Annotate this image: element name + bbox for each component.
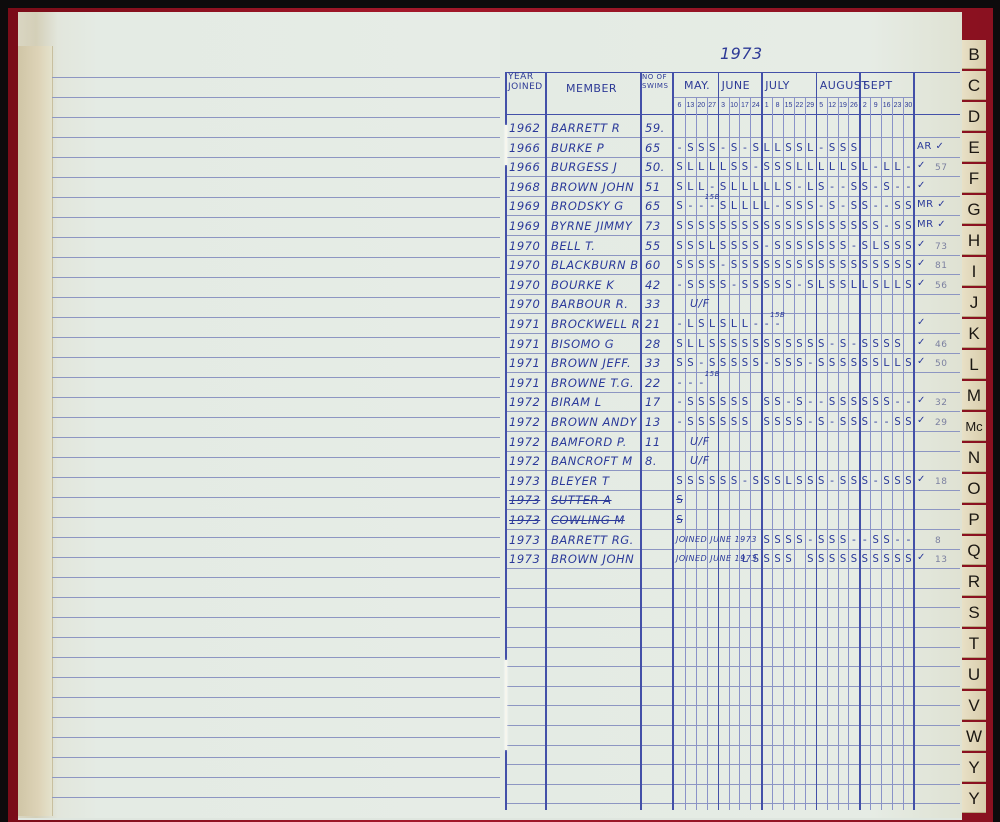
attendance-mark: S: [838, 533, 849, 546]
attendance-mark: L: [729, 317, 740, 330]
member-name: COWLING M: [551, 513, 625, 527]
attendance-mark: L: [805, 160, 816, 173]
attendance-mark: S: [783, 258, 794, 271]
attendance-mark: S: [729, 258, 740, 271]
attendance-mark: S: [783, 415, 794, 428]
attendance-mark: S: [881, 258, 892, 271]
ruled-line: [52, 417, 500, 418]
month-header: AUGUST: [820, 79, 869, 92]
attendance-mark: -: [859, 533, 870, 546]
attendance-mark: S: [674, 493, 685, 506]
attendance-mark: S: [816, 415, 827, 428]
attendance-mark: L: [750, 180, 761, 193]
remark: MR ✓: [917, 199, 946, 210]
member-name: BURKE P: [551, 141, 604, 155]
attendance-mark: S: [859, 395, 870, 408]
attendance-mark: L: [772, 180, 783, 193]
ruled-line: [52, 717, 500, 718]
remark: ✓: [917, 474, 926, 485]
attendance-mark: S: [838, 552, 849, 565]
attendance-mark: S: [903, 258, 914, 271]
attendance-mark: S: [718, 474, 729, 487]
year-joined: 1973: [509, 493, 540, 507]
attendance-mark: S: [892, 415, 903, 428]
ruled-line: [52, 397, 500, 398]
attendance-mark: S: [881, 337, 892, 350]
date-header: 30: [903, 102, 914, 109]
attendance-mark: L: [696, 180, 707, 193]
attendance-mark: S: [685, 278, 696, 291]
attendance-mark: -: [674, 317, 685, 330]
index-tab-w[interactable]: W: [962, 722, 986, 751]
attendance-mark: S: [859, 258, 870, 271]
attendance-mark: -: [827, 180, 838, 193]
remark-count: 50: [935, 359, 947, 369]
attendance-mark: S: [685, 474, 696, 487]
swim-count: 59.: [645, 121, 665, 135]
attendance-mark: S: [772, 533, 783, 546]
attendance-mark: S: [696, 415, 707, 428]
attendance-mark: S: [739, 395, 750, 408]
member-name: BOURKE K: [551, 278, 614, 292]
attendance-mark: -: [903, 180, 914, 193]
attendance-mark: S: [707, 474, 718, 487]
ruled-line: [52, 97, 500, 98]
attendance-mark: S: [816, 533, 827, 546]
attendance-mark: S: [772, 160, 783, 173]
year-joined: 1972: [509, 454, 540, 468]
attendance-mark: L: [859, 278, 870, 291]
attendance-mark: S: [772, 552, 783, 565]
date-header: 29: [805, 102, 816, 109]
member-name: BIRAM L: [551, 395, 602, 409]
attendance-mark: -: [805, 395, 816, 408]
attendance-mark: -: [750, 160, 761, 173]
year-joined: 1962: [509, 121, 540, 135]
attendance-mark: S: [685, 258, 696, 271]
attendance-mark: -: [870, 199, 881, 212]
attendance-mark: -: [729, 278, 740, 291]
attendance-mark: S: [903, 199, 914, 212]
attendance-mark: S: [783, 239, 794, 252]
attendance-mark: -: [892, 533, 903, 546]
attendance-mark: S: [772, 474, 783, 487]
swim-count: 17: [645, 395, 661, 409]
attendance-mark: S: [903, 415, 914, 428]
swim-count: 13: [645, 415, 661, 429]
index-tab-r[interactable]: R: [962, 567, 986, 596]
attendance-mark: S: [674, 513, 685, 526]
attendance-mark: S: [892, 199, 903, 212]
attendance-mark: S: [783, 337, 794, 350]
attendance-mark: L: [859, 160, 870, 173]
index-tab-mc[interactable]: Mc: [962, 412, 986, 441]
attendance-mark: S: [761, 395, 772, 408]
index-tab-i[interactable]: I: [962, 257, 986, 286]
attendance-mark: S: [848, 395, 859, 408]
date-header: 10: [729, 102, 740, 109]
attendance-mark: S: [718, 199, 729, 212]
attendance-mark: S: [816, 474, 827, 487]
attendance-mark: S: [903, 356, 914, 369]
remark-count: 13: [935, 555, 947, 565]
attendance-mark: L: [739, 180, 750, 193]
member-name: BYRNE JIMMY: [551, 219, 632, 233]
attendance-mark: S: [718, 219, 729, 232]
attendance-mark: -: [881, 219, 892, 232]
attendance-mark: S: [794, 337, 805, 350]
attendance-mark: S: [859, 180, 870, 193]
date-header: 16: [881, 102, 892, 109]
attendance-mark: S: [859, 356, 870, 369]
attendance-mark: S: [805, 219, 816, 232]
attendance-mark: -: [848, 337, 859, 350]
attendance-mark: S: [794, 533, 805, 546]
attendance-mark: S: [838, 395, 849, 408]
ruled-line: [52, 357, 500, 358]
year-joined: 1971: [509, 337, 540, 351]
year-joined: 1972: [509, 435, 540, 449]
attendance-mark: S: [816, 219, 827, 232]
index-tab-h[interactable]: H: [962, 226, 986, 255]
attendance-mark: -: [805, 533, 816, 546]
attendance-mark: S: [794, 258, 805, 271]
attendance-mark: S: [794, 239, 805, 252]
member-name: BARRETT RG.: [551, 533, 634, 547]
attendance-mark: S: [718, 337, 729, 350]
attendance-mark: L: [718, 160, 729, 173]
attendance-mark: -: [761, 356, 772, 369]
attendance-mark: S: [827, 395, 838, 408]
member-name: BROWN JEFF.: [551, 356, 631, 370]
year-joined: 1966: [509, 160, 540, 174]
remark-count: 56: [935, 281, 947, 291]
attendance-mark: -: [838, 199, 849, 212]
index-tab-k[interactable]: K: [962, 319, 986, 348]
attendance-mark: S: [739, 160, 750, 173]
attendance-mark: S: [794, 199, 805, 212]
attendance-mark: S: [848, 160, 859, 173]
attendance-mark: L: [816, 160, 827, 173]
month-header: JUNE: [722, 79, 750, 92]
swim-count: 42: [645, 278, 661, 292]
index-tab-f[interactable]: F: [962, 164, 986, 193]
attendance-mark: S: [892, 239, 903, 252]
ruled-line: [52, 757, 500, 758]
attendance-mark: S: [772, 337, 783, 350]
attendance-mark: S: [674, 160, 685, 173]
swim-count: 60: [645, 258, 661, 272]
attendance-mark: S: [674, 337, 685, 350]
swim-count: 8.: [645, 454, 657, 468]
date-header: 8: [772, 102, 783, 109]
remark: ✓: [917, 160, 926, 171]
attendance-mark: L: [685, 317, 696, 330]
attendance-mark: -: [827, 474, 838, 487]
year-joined: 1970: [509, 258, 540, 272]
attendance-mark: -: [816, 199, 827, 212]
attendance-mark: S: [739, 219, 750, 232]
attendance-mark: -: [881, 199, 892, 212]
attendance-mark: L: [816, 278, 827, 291]
index-tab-y[interactable]: Y: [962, 753, 986, 782]
index-tab-d[interactable]: D: [962, 102, 986, 131]
attendance-mark: -: [718, 141, 729, 154]
attendance-mark: S: [805, 474, 816, 487]
attendance-mark: S: [838, 239, 849, 252]
swim-count: 65: [645, 199, 661, 213]
attendance-mark: -: [674, 141, 685, 154]
attendance-mark: S: [827, 258, 838, 271]
year-joined: 1971: [509, 317, 540, 331]
ruled-line: [52, 237, 500, 238]
month-header: MAY.: [684, 79, 710, 92]
ruled-line: [52, 117, 500, 118]
swim-count: 50.: [645, 160, 665, 174]
attendance-mark: L: [707, 317, 718, 330]
joined-note: JOINED JUNE 1973: [676, 535, 757, 544]
attendance-mark: S: [794, 415, 805, 428]
attendance-mark: -: [707, 199, 718, 212]
attendance-mark: S: [838, 474, 849, 487]
swim-count: 22: [645, 376, 661, 390]
header-mid-rule: [672, 97, 913, 98]
attendance-mark: L: [892, 278, 903, 291]
attendance-mark: S: [707, 356, 718, 369]
month-header: SEPT: [863, 79, 892, 92]
attendance-mark: S: [772, 278, 783, 291]
attendance-mark: -: [685, 376, 696, 389]
date-header: 24: [750, 102, 761, 109]
attendance-mark: S: [848, 180, 859, 193]
attendance-mark: L: [685, 160, 696, 173]
attendance-mark: S: [881, 533, 892, 546]
attendance-mark: S: [718, 415, 729, 428]
index-tab-p[interactable]: P: [962, 505, 986, 534]
note-15b: 15B: [705, 370, 720, 378]
attendance-mark: S: [674, 356, 685, 369]
attendance-mark: S: [827, 219, 838, 232]
attendance-mark: L: [827, 160, 838, 173]
attendance-mark: -: [892, 395, 903, 408]
index-tab-n[interactable]: N: [962, 443, 986, 472]
attendance-mark: -: [718, 258, 729, 271]
date-header: 17: [739, 102, 750, 109]
index-tab-c[interactable]: C: [962, 71, 986, 100]
attendance-mark: S: [859, 415, 870, 428]
attendance-mark: S: [848, 415, 859, 428]
attendance-mark: S: [838, 415, 849, 428]
attendance-mark: S: [870, 356, 881, 369]
attendance-mark: L: [838, 160, 849, 173]
index-tab-b[interactable]: B: [962, 40, 986, 69]
index-tab-g[interactable]: G: [962, 195, 986, 224]
remark: ✓: [917, 356, 926, 367]
year-joined: 1973: [509, 474, 540, 488]
attendance-mark: S: [903, 552, 914, 565]
date-header: 13: [685, 102, 696, 109]
attendance-mark: S: [707, 415, 718, 428]
remark: ✓: [917, 239, 926, 250]
year-joined: 1969: [509, 219, 540, 233]
attendance-mark: S: [892, 474, 903, 487]
attendance-mark: L: [696, 337, 707, 350]
attendance-mark: S: [859, 239, 870, 252]
attendance-mark: L: [848, 278, 859, 291]
attendance-mark: S: [848, 258, 859, 271]
attendance-mark: S: [761, 552, 772, 565]
year-joined: 1971: [509, 356, 540, 370]
ruled-line: [52, 597, 500, 598]
attendance-mark: S: [848, 199, 859, 212]
attendance-mark: S: [783, 278, 794, 291]
attendance-mark: -: [870, 180, 881, 193]
attendance-mark: -: [805, 415, 816, 428]
attendance-mark: S: [696, 474, 707, 487]
attendance-mark: S: [859, 474, 870, 487]
attendance-mark: S: [816, 552, 827, 565]
attendance-mark: S: [848, 356, 859, 369]
attendance-mark: S: [696, 141, 707, 154]
date-header: 27: [707, 102, 718, 109]
remark: ✓: [917, 180, 926, 191]
attendance-mark: S: [729, 356, 740, 369]
attendance-mark: S: [761, 258, 772, 271]
attendance-mark: S: [739, 239, 750, 252]
attendance-mark: S: [761, 278, 772, 291]
member-name: BROWNE T.G.: [551, 376, 634, 390]
attendance-mark: S: [674, 239, 685, 252]
attendance-mark: S: [827, 239, 838, 252]
attendance-mark: L: [696, 160, 707, 173]
swim-count: 21: [645, 317, 661, 331]
attendance-mark: S: [892, 258, 903, 271]
attendance-mark: S: [729, 239, 740, 252]
attendance-mark: S: [870, 395, 881, 408]
date-header: 9: [870, 102, 881, 109]
attendance-mark: S: [718, 180, 729, 193]
index-tab-u[interactable]: U: [962, 660, 986, 689]
index-tab-s[interactable]: S: [962, 598, 986, 627]
attendance-mark: S: [903, 278, 914, 291]
attendance-mark: S: [761, 219, 772, 232]
year-joined: 1966: [509, 141, 540, 155]
index-tab-j[interactable]: J: [962, 288, 986, 317]
member-name: SUTTER A: [551, 493, 612, 507]
ruled-line: [52, 777, 500, 778]
index-tab-t[interactable]: T: [962, 629, 986, 658]
attendance-mark: S: [783, 141, 794, 154]
swim-count: 55: [645, 239, 661, 253]
attendance-mark: S: [685, 395, 696, 408]
attendance-mark: -: [848, 239, 859, 252]
attendance-mark: S: [892, 219, 903, 232]
attendance-mark: S: [685, 239, 696, 252]
ruled-line: [52, 317, 500, 318]
attendance-mark: S: [805, 278, 816, 291]
attendance-mark: L: [729, 180, 740, 193]
swim-count: 33: [645, 297, 661, 311]
ruled-line: [52, 737, 500, 738]
attendance-mark: S: [772, 395, 783, 408]
date-header: 26: [848, 102, 859, 109]
attendance-mark: S: [761, 415, 772, 428]
remark: ✓: [917, 395, 926, 406]
member-name: BELL T.: [551, 239, 595, 253]
attendance-mark: S: [674, 199, 685, 212]
attendance-mark: S: [750, 258, 761, 271]
attendance-mark: S: [707, 219, 718, 232]
year-joined: 1970: [509, 239, 540, 253]
attendance-mark: L: [881, 356, 892, 369]
index-tab-v[interactable]: V: [962, 691, 986, 720]
swim-count: 33: [645, 356, 661, 370]
attendance-mark: S: [859, 552, 870, 565]
index-tab-y[interactable]: Y: [962, 784, 986, 813]
date-header: 2: [859, 102, 870, 109]
attendance-mark: -: [739, 474, 750, 487]
attendance-mark: L: [707, 160, 718, 173]
attendance-mark: -: [903, 395, 914, 408]
attendance-mark: S: [870, 552, 881, 565]
binding-stitch: [505, 125, 507, 165]
index-tabs: BCDEFGHIJKLMMcNOPQRSTUVWYY: [962, 40, 986, 818]
attendance-mark: S: [750, 141, 761, 154]
attendance-mark: L: [685, 337, 696, 350]
attendance-mark: S: [816, 337, 827, 350]
attendance-mark: S: [674, 258, 685, 271]
member-name: BARRETT R: [551, 121, 620, 135]
attendance-mark: S: [674, 219, 685, 232]
attendance-mark: -: [772, 199, 783, 212]
attendance-mark: S: [848, 141, 859, 154]
attendance-mark: S: [903, 239, 914, 252]
attendance-mark: S: [761, 533, 772, 546]
attendance-mark: S: [794, 356, 805, 369]
index-tab-q[interactable]: Q: [962, 536, 986, 565]
attendance-mark: S: [729, 219, 740, 232]
remark-count: 81: [935, 261, 947, 271]
attendance-mark: -: [903, 533, 914, 546]
attendance-mark: -: [794, 278, 805, 291]
attendance-mark: S: [772, 356, 783, 369]
attendance-mark: -: [674, 395, 685, 408]
ruled-line: [52, 617, 500, 618]
attendance-mark: S: [761, 474, 772, 487]
column-rule: [640, 72, 642, 810]
index-tab-m[interactable]: M: [962, 381, 986, 410]
attendance-mark: S: [718, 239, 729, 252]
remark-count: 18: [935, 477, 947, 487]
date-header: 19: [838, 102, 849, 109]
index-tab-e[interactable]: E: [962, 133, 986, 162]
attendance-mark: S: [794, 141, 805, 154]
attendance-mark: S: [750, 552, 761, 565]
date-header: 12: [827, 102, 838, 109]
year-joined: 1970: [509, 278, 540, 292]
header-no-of-swims: NO OF SWIMS: [642, 73, 672, 91]
index-tab-l[interactable]: L: [962, 350, 986, 379]
attendance-mark: -: [696, 356, 707, 369]
attendance-mark: -: [772, 317, 783, 330]
attendance-mark: S: [783, 552, 794, 565]
ruled-line: [52, 577, 500, 578]
ruled-line: [52, 337, 500, 338]
member-name: BLEYER T: [551, 474, 610, 488]
year-joined: 1973: [509, 513, 540, 527]
index-tab-o[interactable]: O: [962, 474, 986, 503]
attendance-mark: -: [696, 199, 707, 212]
